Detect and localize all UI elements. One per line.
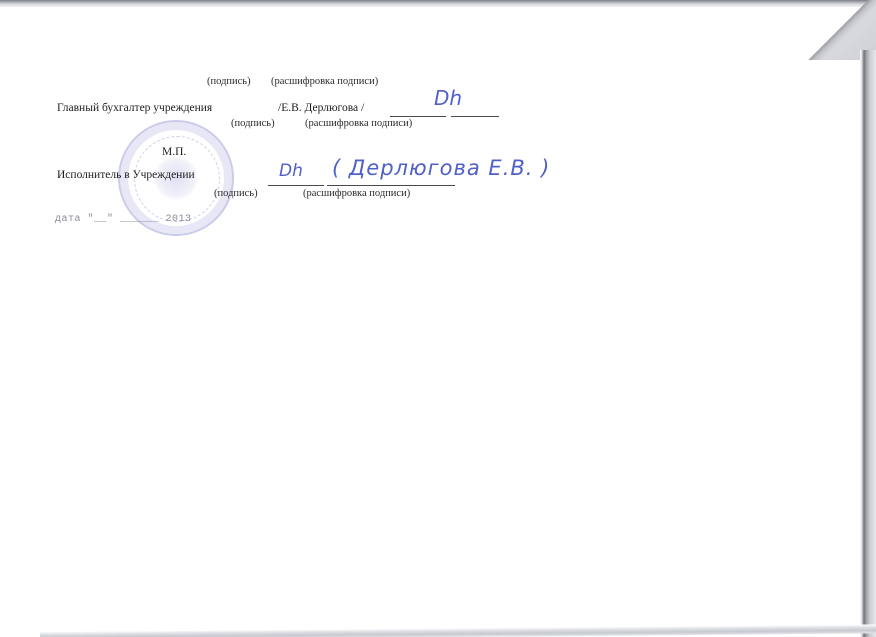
scan-right-edge	[860, 50, 876, 637]
executor-decoding-line	[327, 185, 455, 186]
executor-label: Исполнитель в Учреждении	[57, 170, 195, 182]
chief-accountant-name: /Е.В. Дерлюгова /	[278, 103, 364, 115]
top-caption-decoding: (расшифровка подписи)	[271, 77, 378, 88]
scan-top-edge	[0, 0, 876, 7]
executor-signature-line	[268, 185, 324, 186]
scan-bottom-edge	[40, 624, 876, 637]
chief-handwritten-signature: Dh	[434, 88, 462, 108]
chief-decoding-line	[451, 116, 499, 117]
executor-caption-signature: (подпись)	[214, 189, 258, 200]
chief-caption-decoding: (расшифровка подписи)	[305, 119, 412, 130]
stamp-label: М.П.	[162, 147, 186, 159]
executor-handwritten-decoding: ( Дерлюгова Е.В. )	[332, 158, 550, 179]
chief-accountant-label: Главный бухгалтер учреждения	[57, 103, 212, 115]
top-caption-signature: (подпись)	[207, 77, 251, 88]
executor-handwritten-signature: Dh	[279, 163, 303, 180]
chief-signature-line	[390, 116, 446, 117]
chief-caption-signature: (подпись)	[231, 119, 275, 130]
executor-caption-decoding: (расшифровка подписи)	[303, 189, 410, 200]
date-line: дата "__" ______ 2013	[55, 215, 192, 225]
